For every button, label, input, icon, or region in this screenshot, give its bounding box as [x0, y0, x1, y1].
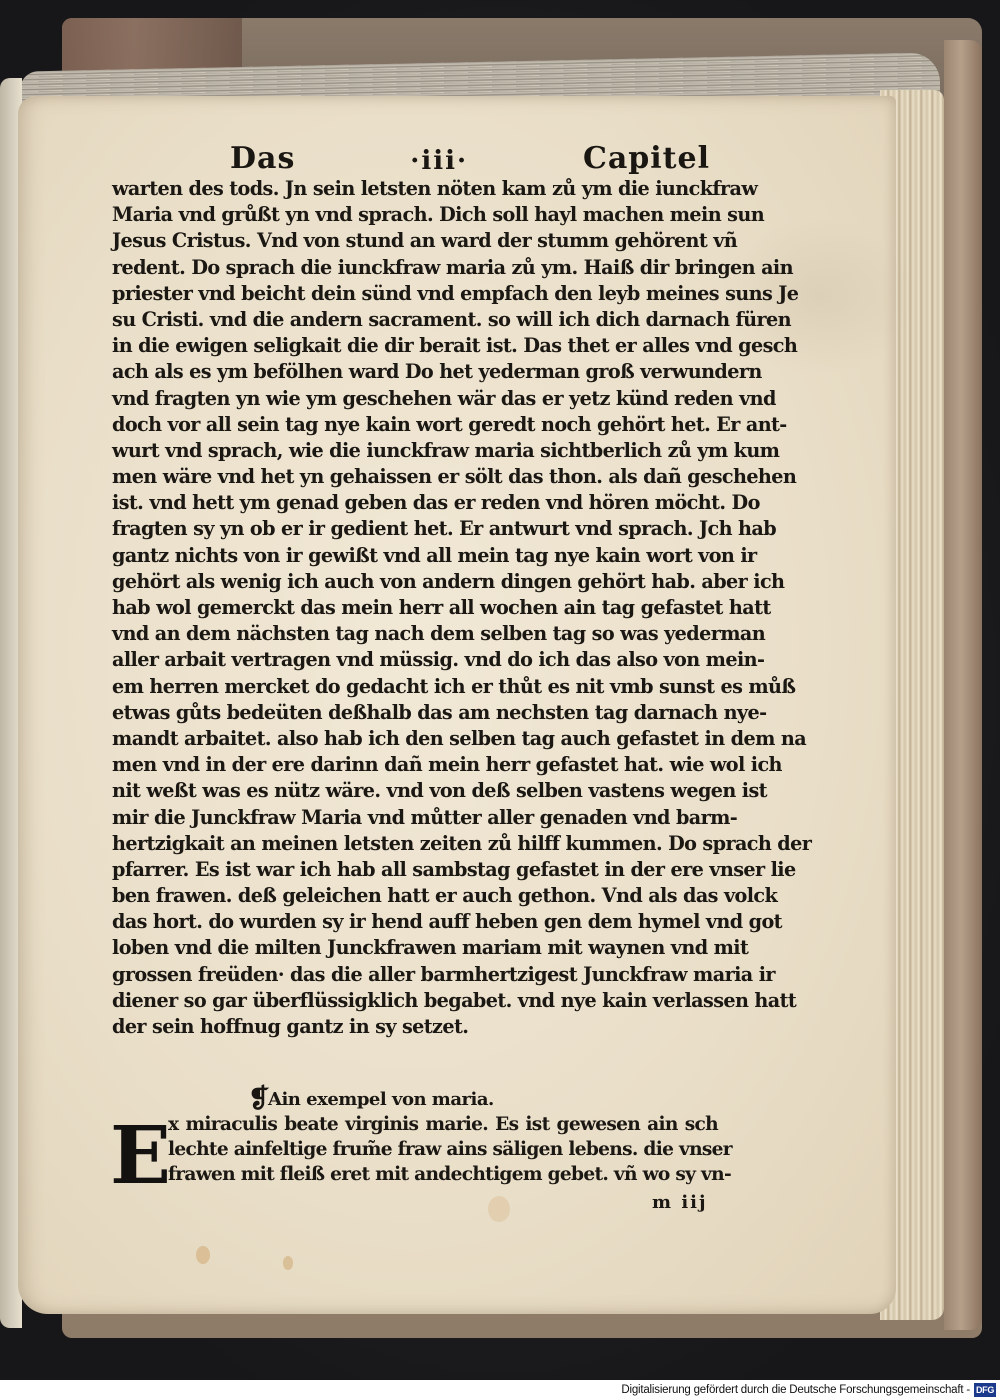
text-line: gehört als wenig ich auch von andern din…: [112, 569, 732, 595]
text-line: das hort. do wurden sy ir hend auff hebe…: [112, 909, 732, 935]
text-line: wurt vnd sprach, wie die iunckfraw maria…: [112, 438, 732, 464]
text-line: ben frawen. deß geleichen hatt er auch g…: [112, 883, 732, 909]
signature-mark: m iij: [652, 1192, 708, 1213]
text-line: ach als es ym befölhen ward Do het yeder…: [112, 359, 732, 385]
text-line: vnd fragten yn wie ym geschehen wär das …: [112, 386, 732, 412]
text-line: ist. vnd hett ym genad geben das er rede…: [112, 490, 732, 516]
credit-bar: Digitalisierung gefördert durch die Deut…: [0, 1380, 1000, 1400]
foxing-stain: [196, 1246, 210, 1264]
text-line: mir die Junckfraw Maria vnd můtter aller…: [112, 805, 732, 831]
foxing-stain: [283, 1256, 293, 1270]
decorated-initial: E: [110, 1118, 168, 1192]
text-line: men vnd in der ere darinn dañ mein herr …: [112, 752, 732, 778]
text-line: mandt arbaitet. also hab ich den selben …: [112, 726, 732, 752]
text-line: loben vnd die milten Junckfrawen mariam …: [112, 935, 732, 961]
text-line: x miraculis beate virginis marie. Es ist…: [168, 1112, 718, 1137]
running-head: Das ·iii· Capitel: [230, 136, 710, 176]
text-line: hab wol gemerckt das mein herr all woche…: [112, 595, 732, 621]
text-line: su Cristi. vnd die andern sacrament. so …: [112, 307, 732, 333]
text-line: grossen freüden· das die aller barmhertz…: [112, 962, 732, 988]
text-line: em herren mercket do gedacht ich er thůt…: [112, 674, 732, 700]
section-heading: ❡ Ain exempel von maria.: [248, 1086, 494, 1112]
text-line: doch vor all sein tag nye kain wort gere…: [112, 412, 732, 438]
text-line: aller arbait vertragen vnd müssig. vnd d…: [112, 647, 732, 673]
text-line: priester vnd beicht dein sünd vnd empfac…: [112, 281, 732, 307]
text-line-last: der sein hoffnug gantz in sy setzet.: [112, 1014, 732, 1040]
text-line: redent. Do sprach die iunckfraw maria zů…: [112, 255, 732, 281]
text-line: gantz nichts von ir gewißt vnd all mein …: [112, 543, 732, 569]
running-head-left: Das: [230, 141, 295, 176]
text-line: men wäre vnd het yn gehaissen er sölt da…: [112, 464, 732, 490]
text-line: frawen mit fleiß eret mit andechtigem ge…: [168, 1162, 718, 1187]
pilcrow-icon: ❡: [248, 1086, 264, 1112]
text-line: etwas gůts bedeüten deßhalb das am nechs…: [112, 700, 732, 726]
section-heading-text: Ain exempel von maria.: [268, 1089, 494, 1110]
text-line: pfarrer. Es ist war ich hab all sambstag…: [112, 857, 732, 883]
funding-credit: Digitalisierung gefördert durch die Deut…: [621, 1384, 970, 1396]
text-line: fragten sy yn ob er ir gedient het. Er a…: [112, 516, 732, 542]
text-line: diener so gar überflüssigklich begabet. …: [112, 988, 732, 1014]
text-line: warten des tods. Jn sein letsten nöten k…: [112, 176, 732, 202]
text-line: Maria vnd grůßt yn vnd sprach. Dich soll…: [112, 202, 732, 228]
text-line: Jesus Cristus. Vnd von stund an ward der…: [112, 228, 732, 254]
dfg-logo-icon: DFG: [974, 1383, 996, 1397]
text-line: nit weßt was es nütz wäre. vnd von deß s…: [112, 778, 732, 804]
text-line: hertzigkait an meinen letsten zeiten zů …: [112, 831, 732, 857]
text-line: vnd an dem nächsten tag nach dem selben …: [112, 621, 732, 647]
foxing-stain: [488, 1196, 510, 1222]
book-cover-edge: [944, 40, 982, 1330]
chapter-number: ·iii·: [410, 146, 468, 176]
scan-image: Das ·iii· Capitel warten des tods. Jn se…: [0, 0, 1000, 1380]
body-text: warten des tods. Jn sein letsten nöten k…: [112, 176, 732, 1040]
running-head-right: Capitel: [583, 141, 710, 176]
text-line: lechte ainfeltige frum̃e fraw ains sälig…: [168, 1137, 718, 1162]
exemplum-text: x miraculis beate virginis marie. Es ist…: [168, 1112, 718, 1187]
text-line: in die ewigen seligkait die dir berait i…: [112, 333, 732, 359]
